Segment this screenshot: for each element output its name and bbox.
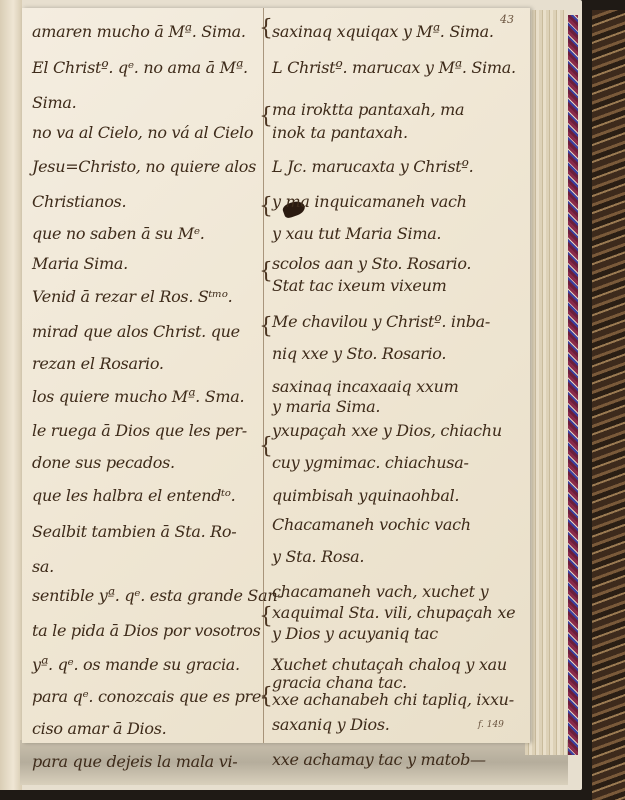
manuscript-line: mirad que alos Christ. que	[32, 322, 240, 341]
manuscript-line: Xuchet chutaçah chaloq y xau	[272, 655, 507, 674]
manuscript-line: Jesu=Christo, no quiere alos	[32, 157, 256, 176]
manuscript-line: niq xxe y Sto. Rosario.	[272, 344, 446, 363]
manuscript-line: El Christº. qᵉ. no ama ā Mª.	[32, 58, 248, 77]
manuscript-line: sentible yª. qᵉ. esta grande San-	[32, 586, 282, 605]
manuscript-line: Me chavilou y Christº. inba-	[272, 312, 490, 331]
manuscript-line: amaren mucho ā Mª. Sima.	[32, 22, 246, 41]
manuscript-line: Chacamaneh vochic vach	[272, 515, 471, 534]
brace-mark: {	[259, 604, 273, 629]
shelf-note: f. 149	[478, 720, 504, 730]
manuscript-line: saxinaq incaxaaiq xxum	[272, 377, 458, 396]
manuscript-line: ma iroktta pantaxah, ma	[272, 100, 464, 119]
manuscript-line: y Dios y acuyaniq tac	[272, 624, 438, 643]
manuscript-line: Stat tac ixeum vixeum	[272, 276, 446, 295]
brace-mark: {	[259, 104, 273, 129]
manuscript-line: yª. qᵉ. os mande su gracia.	[32, 655, 240, 674]
page-gutter	[0, 0, 22, 790]
manuscript-line: y ma inquicamaneh vach	[272, 192, 467, 211]
manuscript-line: que les halbra el entendᵗᵒ.	[32, 486, 235, 505]
manuscript-line: saxaniq y Dios.	[272, 715, 390, 734]
page-edges-right	[525, 10, 567, 755]
folio-number: 43	[500, 13, 514, 26]
manuscript-line: ciso amar ā Dios.	[32, 719, 166, 738]
manuscript-line: done sus pecados.	[32, 453, 175, 472]
manuscript-line: scolos aan y Sto. Rosario.	[272, 254, 471, 273]
brace-mark: {	[259, 314, 273, 339]
brace-mark: {	[259, 194, 273, 219]
brace-mark: {	[259, 434, 273, 459]
manuscript-line: Venid ā rezar el Ros. Sᵗᵐᵒ.	[32, 287, 232, 306]
manuscript-line: que no saben ā su Mᵉ.	[32, 224, 205, 243]
brace-mark: {	[259, 16, 273, 41]
manuscript-line: yxupaçah xxe y Dios, chiachu	[272, 421, 502, 440]
manuscript-line: le ruega ā Dios que les per-	[32, 421, 247, 440]
manuscript-line: inok ta pantaxah.	[272, 123, 408, 142]
manuscript-line: los quiere mucho Mª. Sma.	[32, 387, 244, 406]
marbled-cover	[592, 10, 625, 800]
manuscript-line: cuy ygmimac. chiachusa-	[272, 453, 469, 472]
manuscript-line: para qᵉ. conozcais que es pre-	[32, 687, 266, 706]
manuscript-line: para que dejeis la mala vi-	[32, 752, 237, 771]
manuscript-line: saxinaq xquiqax y Mª. Sima.	[272, 22, 494, 41]
marbled-edge-strip	[568, 15, 578, 755]
manuscript-line: chacamaneh vach, xuchet y	[272, 582, 488, 601]
manuscript-line: xxe achamay tac y matob—	[272, 750, 486, 769]
brace-mark: {	[259, 684, 273, 709]
manuscript-line: quimbisah yquinaohbal.	[272, 486, 459, 505]
manuscript-line: L Jc. marucaxta y Christº.	[272, 157, 473, 176]
manuscript-line: Sima.	[32, 93, 76, 112]
brace-mark: {	[259, 259, 273, 284]
manuscript-line: y xau tut Maria Sima.	[272, 224, 441, 243]
manuscript-line: y maria Sima.	[272, 397, 380, 416]
manuscript-line: xxe achanabeh chi tapliq, ixxu-	[272, 690, 514, 709]
manuscript-line: L Christº. marucax y Mª. Sima.	[272, 58, 516, 77]
manuscript-line: ta le pida ā Dios por vosotros	[32, 621, 261, 640]
manuscript-line: no va al Cielo, no vá al Cielo	[32, 123, 253, 142]
manuscript-line: xaquimal Sta. vili, chupaçah xe	[272, 603, 515, 622]
manuscript-line: Sealbit tambien ā Sta. Ro-	[32, 522, 236, 541]
manuscript-line: sa.	[32, 557, 54, 576]
manuscript-line: rezan el Rosario.	[32, 354, 164, 373]
manuscript-line: Maria Sima.	[32, 254, 128, 273]
manuscript-line: y Sta. Rosa.	[272, 547, 364, 566]
manuscript-line: Christianos.	[32, 192, 126, 211]
